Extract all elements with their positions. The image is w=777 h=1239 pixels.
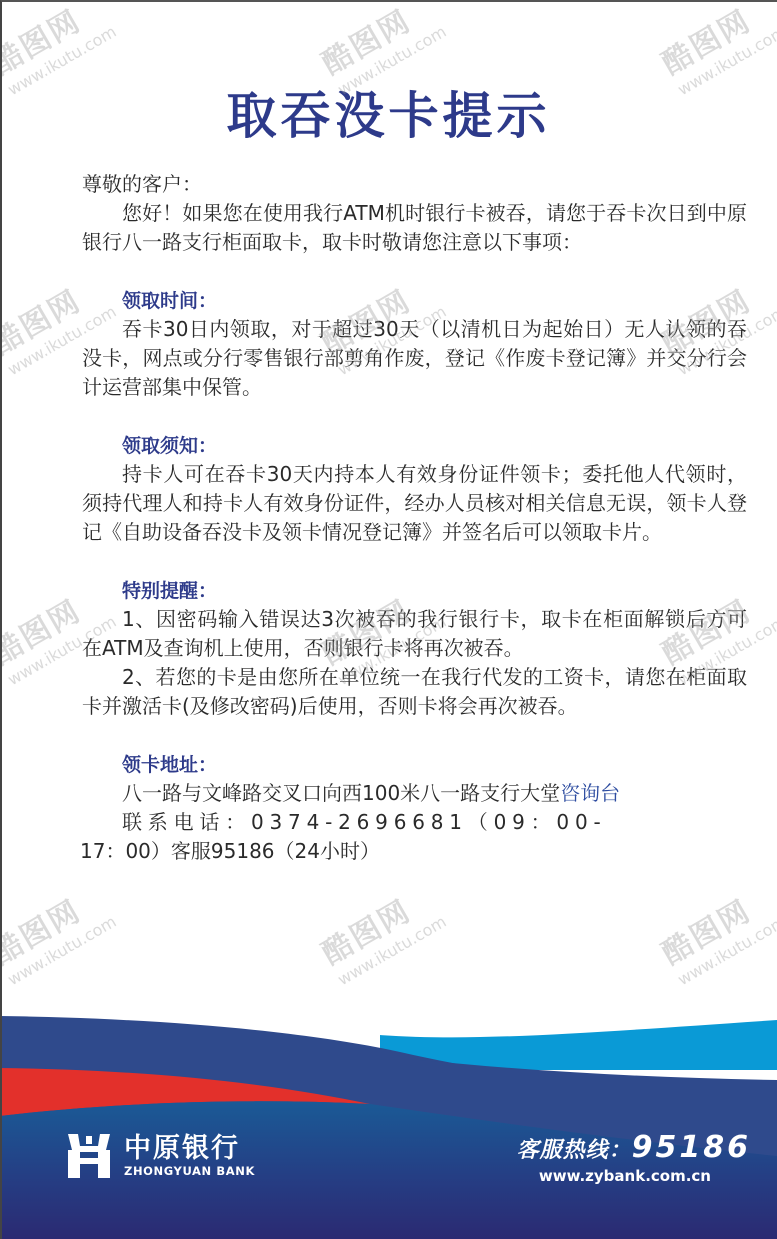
section-special-reminder: 特别提醒： 1、因密码输入错误达3次被吞的我行银行卡，取卡在柜面解锁后方可在AT… — [82, 577, 747, 721]
section-heading: 领取须知： — [82, 432, 747, 460]
watermark: 酷图网www.ikutu.com — [652, 874, 777, 990]
section-paragraph: 持卡人可在吞卡30天内持本人有效身份证件领卡；委托他人代领时，须持代理人和持卡人… — [82, 460, 747, 547]
page-title: 取吞没卡提示 — [0, 76, 777, 148]
greeting: 尊敬的客户： — [82, 170, 747, 199]
intro-paragraph: 您好！如果您在使用我行ATM机时银行卡被吞，请您于吞卡次日到中原银行八一路支行柜… — [82, 199, 747, 257]
watermark: 酷图网www.ikutu.com — [312, 874, 449, 990]
phone-line-continued: 17：00）客服95186（24小时） — [80, 837, 747, 866]
section-paragraph: 吞卡30日内领取，对于超过30天（以清机日为起始日）无人认领的吞没卡，网点或分行… — [82, 315, 747, 402]
footer-banner: 中原银行 ZHONGYUAN BANK 客服热线： 95186 www.zyba… — [0, 980, 777, 1239]
hotline-number: 95186 — [632, 1130, 751, 1165]
address-highlight: 咨询台 — [560, 781, 620, 805]
watermark: 酷图网www.ikutu.com — [0, 874, 119, 990]
bank-logo: 中原银行 ZHONGYUAN BANK — [66, 1134, 255, 1178]
section-address: 领卡地址： 八一路与文峰路交叉口向西100米八一路支行大堂咨询台 联系电话：03… — [82, 751, 747, 866]
reminder-item: 1、因密码输入错误达3次被吞的我行银行卡，取卡在柜面解锁后方可在ATM及查询机上… — [82, 605, 747, 663]
bank-name-cn: 中原银行 — [124, 1134, 255, 1164]
section-heading: 领卡地址： — [82, 751, 747, 779]
section-heading: 领取时间： — [82, 287, 747, 315]
address-line: 八一路与文峰路交叉口向西100米八一路支行大堂咨询台 — [82, 779, 747, 808]
hotline-label: 客服热线： — [517, 1133, 632, 1164]
bank-name-en: ZHONGYUAN BANK — [124, 1164, 255, 1178]
hotline-block: 客服热线： 95186 www.zybank.com.cn — [517, 1130, 751, 1185]
section-pickup-notes: 领取须知： 持卡人可在吞卡30天内持本人有效身份证件领卡；委托他人代领时，须持代… — [82, 432, 747, 547]
address-text: 八一路与文峰路交叉口向西100米八一路支行大堂 — [122, 781, 560, 805]
section-heading: 特别提醒： — [82, 577, 747, 605]
phone-line: 联系电话：0374-2696681（09：00- — [82, 808, 747, 837]
reminder-item: 2、若您的卡是由您所在单位统一在我行代发的工资卡，请您在柜面取卡并激活卡(及修改… — [82, 663, 747, 721]
website-link: www.zybank.com.cn — [517, 1167, 751, 1185]
zhongyuan-logo-icon — [66, 1134, 112, 1178]
section-pickup-time: 领取时间： 吞卡30日内领取，对于超过30天（以清机日为起始日）无人认领的吞没卡… — [82, 287, 747, 402]
notice-body: 尊敬的客户： 您好！如果您在使用我行ATM机时银行卡被吞，请您于吞卡次日到中原银… — [82, 170, 747, 866]
wave-background — [0, 980, 777, 1239]
